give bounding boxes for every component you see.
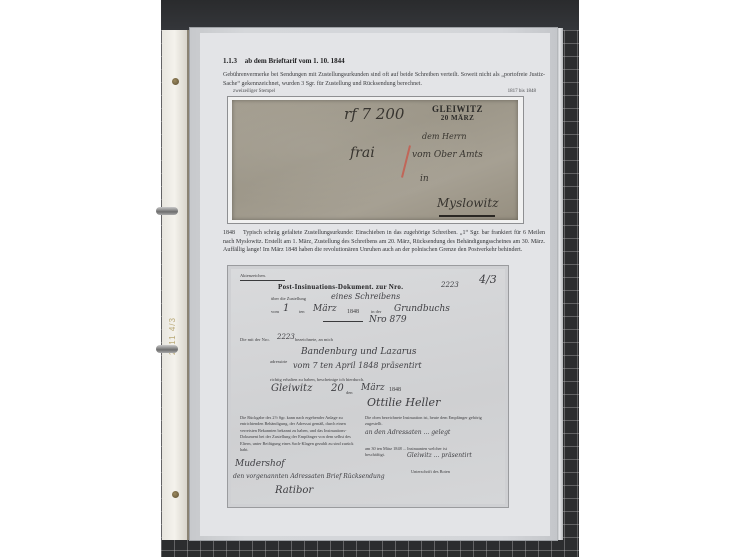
hw-document-number: 2223 <box>441 281 459 289</box>
binder-ring-icon <box>156 207 178 215</box>
handwritten-frai: frai <box>350 145 375 161</box>
rule <box>323 321 363 322</box>
right-hw-2: Gleiwitz ... präsentirt <box>407 452 472 459</box>
letter-cover: GLEIWITZ 20 MÄRZ rf 7 200 frai dem Herrn… <box>232 100 518 220</box>
right-block-3: Unterschrift des Boten <box>411 469 450 475</box>
cover-caption-right: 1817 bis 1848 <box>508 89 536 94</box>
left-sig-hw1: Mudershof <box>235 459 285 469</box>
left-sig-hw2: den vorgenannten Adressaten Brief Rückse… <box>233 473 385 480</box>
document-corner-label: Aktenzeichen. <box>240 273 266 278</box>
handwritten-address-3: in <box>420 174 429 184</box>
line4-hw: 2223 <box>277 333 295 341</box>
cover-caption-left: zweizeiliger Stempel <box>233 89 275 94</box>
document-mount: Aktenzeichen. Post-Insinuations-Dokument… <box>227 265 509 508</box>
binder-hole-icon <box>172 491 179 498</box>
album-page: 1.1.3 ab dem Brieftarif vom 1. 10. 1844 … <box>200 33 550 536</box>
section-title: ab dem Brieftarif vom 1. 10. 1844 <box>245 57 345 65</box>
binder-spine: 2111 4/3 <box>162 30 190 540</box>
line5-hw: Bandenburg und Lazarus <box>301 347 417 357</box>
right-block-1: Die oben bezeichnete Insinuation ist, he… <box>365 415 495 428</box>
intro-text: Gebührenvermerke bei Sendungen mit Zuste… <box>223 71 545 88</box>
handwritten-city: Myslowitz <box>437 196 499 210</box>
date-hw-month: März <box>361 383 385 393</box>
line4-label: Die mit der Nro. <box>240 337 270 342</box>
line2-label3: in der <box>371 309 381 314</box>
city-underline <box>439 215 495 217</box>
line2-label2: ten <box>299 309 305 314</box>
insinuation-document: Aktenzeichen. Post-Insinuations-Dokument… <box>231 269 505 504</box>
date-hw-day: 20 <box>331 383 344 394</box>
handwritten-rate: rf 7 200 <box>344 105 404 123</box>
red-crayon-stroke <box>401 145 411 178</box>
line2-hw-day: 1 <box>283 303 289 314</box>
document-title: Post-Insinuations-Dokument. zur Nro. <box>278 283 403 291</box>
left-instruction-block: Die Rückgabe des 2½ Sgr. kann nach ergeb… <box>240 415 358 453</box>
date-year: 1848 <box>389 387 401 393</box>
cover-mount: GLEIWITZ 20 MÄRZ rf 7 200 frai dem Herrn… <box>227 96 524 224</box>
hw-corner-number: 4/3 <box>479 273 497 286</box>
rule <box>240 280 285 281</box>
line6-hw: vom 7 ten April 1848 präsentirt <box>293 361 422 370</box>
description-body: Typisch schräg gefaltete Zustellungsurku… <box>223 230 545 253</box>
binder-ring-icon <box>156 345 178 353</box>
line5-label: adressirte <box>270 359 287 364</box>
binder-hole-icon <box>172 78 179 85</box>
description-text: 1848Typisch schräg gefaltete Zustellungs… <box>223 229 545 255</box>
postmark-stamp: GLEIWITZ 20 MÄRZ <box>432 105 483 123</box>
place-hw: Gleiwitz <box>271 383 312 394</box>
signature-hw: Ottilie Heller <box>367 396 440 409</box>
line4-label2: bezeichnete, an mich <box>295 337 333 342</box>
section-number: 1.1.3 <box>223 57 237 65</box>
line2-label: vom <box>271 309 279 314</box>
line1-label: über die Zustellung <box>271 296 306 301</box>
handwritten-address-1: dem Herrn <box>422 132 467 141</box>
description-year: 1848 <box>223 230 235 236</box>
sleeve-edge <box>557 28 563 540</box>
line3-hw: Nro 879 <box>369 315 407 325</box>
dark-backdrop <box>161 0 579 30</box>
line2-hw-end: Grundbuchs <box>394 304 450 314</box>
line1-hw: eines Schreibens <box>331 292 400 301</box>
line7-label: richtig erhalten zu haben, bescheinige i… <box>270 377 364 382</box>
left-sig-hw3: Ratibor <box>275 485 313 496</box>
right-hw-1: an den Adressaten ... gelegt <box>365 429 450 436</box>
section-heading: 1.1.3 ab dem Brieftarif vom 1. 10. 1844 <box>223 57 345 65</box>
line2-year: 1848 <box>347 309 359 315</box>
postmark-line1: GLEIWITZ <box>432 105 483 114</box>
postmark-line2: 20 MÄRZ <box>432 114 483 123</box>
handwritten-address-2: vom Ober Amts <box>412 150 483 160</box>
date-label: den <box>346 390 353 395</box>
line2-hw-month: März <box>313 304 337 314</box>
